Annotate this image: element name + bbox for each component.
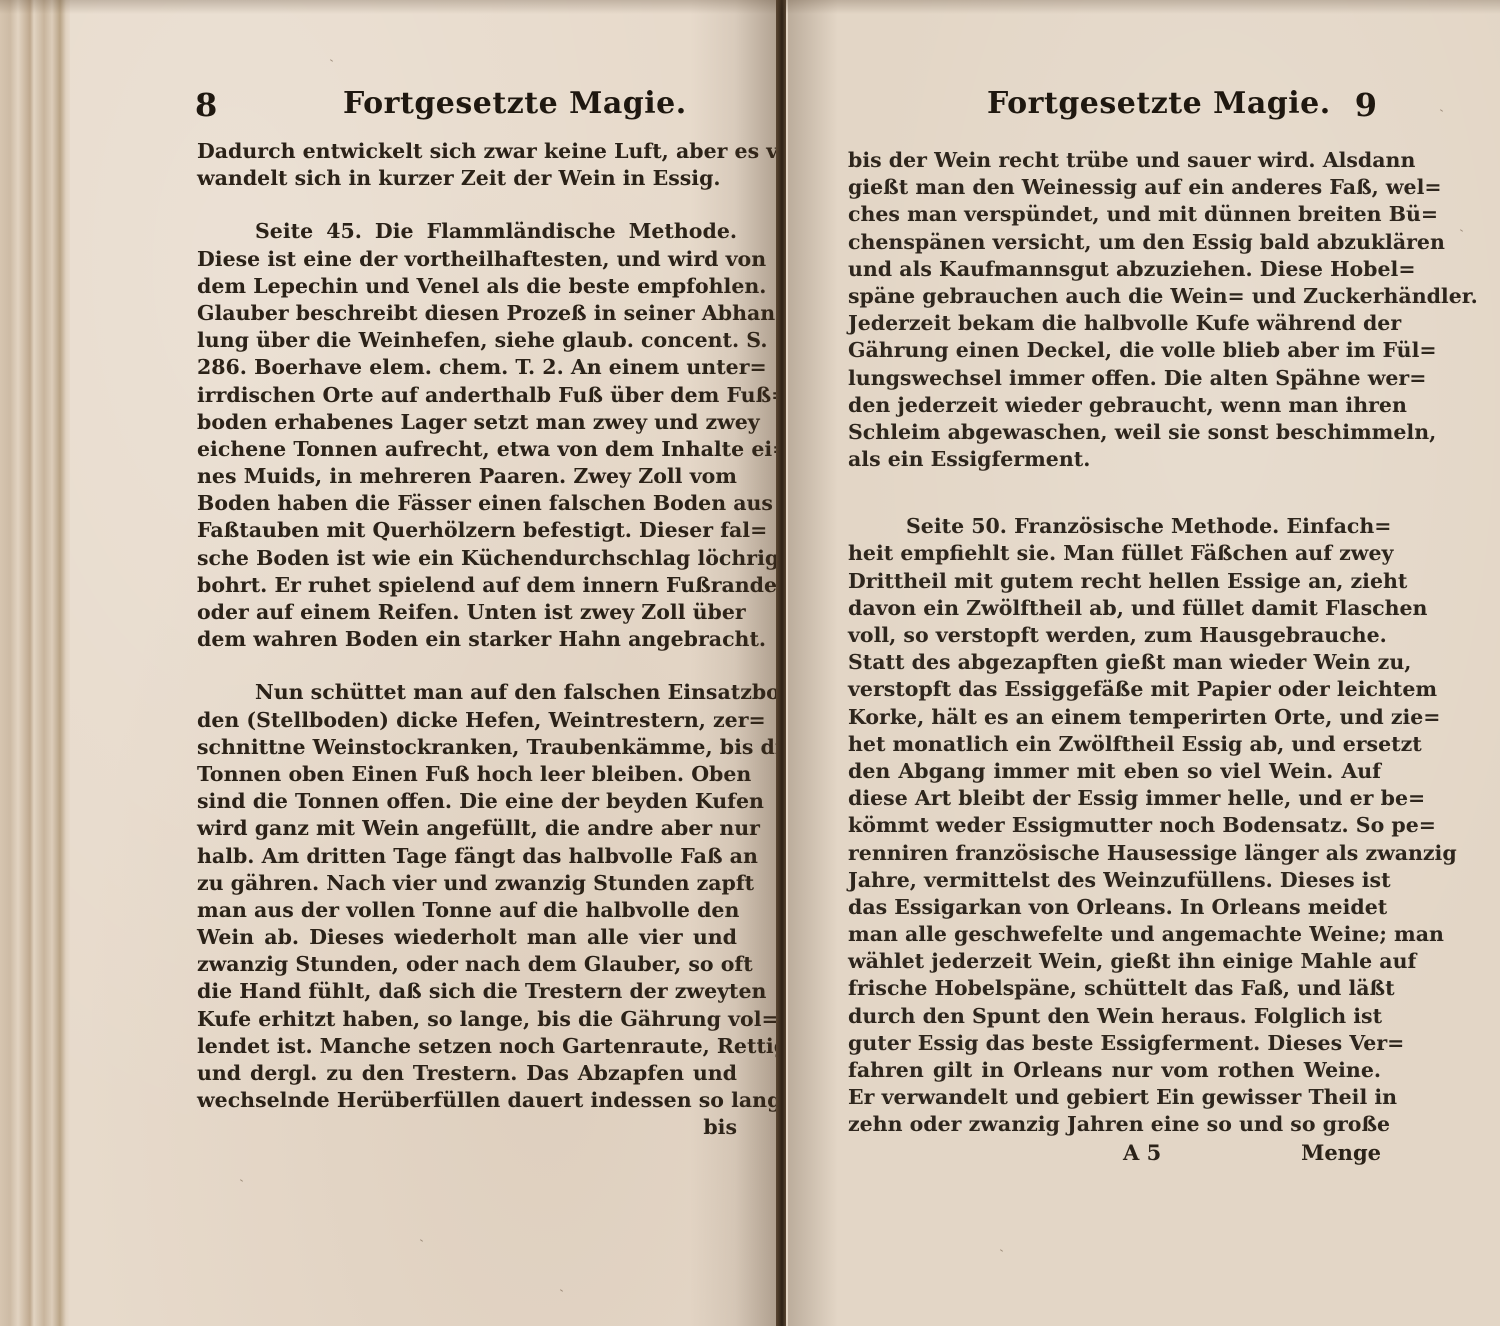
text-line: irrdischen Orte auf anderthalb Fuß über … xyxy=(197,382,737,409)
book-spread: 8 Fortgesetzte Magie. Dadurch entwickelt… xyxy=(0,0,1500,1326)
text-line: lendet ist. Manche setzen noch Gartenrau… xyxy=(197,1033,737,1060)
text-line: oder auf einem Reifen. Unten ist zwey Zo… xyxy=(197,599,737,626)
text-line: Glauber beschreibt diesen Prozeß in sein… xyxy=(197,300,737,327)
text-line: davon ein Zwölftheil ab, und füllet dami… xyxy=(848,595,1381,622)
text-line: und dergl. zu den Trestern. Das Abzapfen… xyxy=(197,1060,737,1087)
right-page-footer: A 5 Menge xyxy=(848,1140,1381,1170)
left-page-number: 8 xyxy=(195,86,217,124)
catchword: Menge xyxy=(1301,1140,1381,1165)
text-line: boden erhabenes Lager setzt man zwey und… xyxy=(197,409,737,436)
left-body-text: Dadurch entwickelt sich zwar keine Luft,… xyxy=(197,138,737,1142)
text-line: gießt man den Weinessig auf ein anderes … xyxy=(848,174,1381,201)
text-line: Schleim abgewaschen, weil sie sonst besc… xyxy=(848,419,1381,446)
gutter-shadow xyxy=(690,0,780,1326)
text-line: nes Muids, in mehreren Paaren. Zwey Zoll… xyxy=(197,463,737,490)
text-line: voll, so verstopft werden, zum Hausgebra… xyxy=(848,622,1381,649)
text-line: als ein Essigferment. xyxy=(848,446,1381,473)
text-line: Gährung einen Deckel, die volle blieb ab… xyxy=(848,337,1381,364)
paragraph: Seite 45. Die Flammländische Methode. Di… xyxy=(197,218,737,653)
text-line: frische Hobelspäne, schüttelt das Faß, u… xyxy=(848,975,1381,1002)
text-line: guter Essig das beste Essigferment. Dies… xyxy=(848,1030,1381,1057)
paragraph: bis der Wein recht trübe und sauer wird.… xyxy=(848,147,1381,473)
text-line: die Hand fühlt, daß sich die Trestern de… xyxy=(197,978,737,1005)
text-line: eichene Tonnen aufrecht, etwa von dem In… xyxy=(197,436,737,463)
right-body-text: bis der Wein recht trübe und sauer wird.… xyxy=(848,147,1381,1139)
scan-edge-shadow xyxy=(0,0,1500,14)
text-line: 286. Boerhave elem. chem. T. 2. An einem… xyxy=(197,354,737,381)
text-line: bis der Wein recht trübe und sauer wird.… xyxy=(848,147,1381,174)
text-line: Dadurch entwickelt sich zwar keine Luft,… xyxy=(197,138,737,165)
text-line: Nun schüttet man auf den falschen Einsat… xyxy=(197,679,737,706)
text-line: Statt des abgezapften gießt man wieder W… xyxy=(848,649,1381,676)
text-line: zehn oder zwanzig Jahren eine so und so … xyxy=(848,1111,1381,1138)
section-heading-line: Seite 45. Die Flammländische Methode. xyxy=(197,218,737,245)
text-line: heit empfiehlt sie. Man füllet Fäßchen a… xyxy=(848,540,1381,567)
text-line: kömmt weder Essigmutter noch Bodensatz. … xyxy=(848,812,1381,839)
signature-mark: A 5 xyxy=(1123,1140,1161,1165)
text-line: späne gebrauchen auch die Wein= und Zuck… xyxy=(848,283,1381,310)
text-line: den Abgang immer mit eben so viel Wein. … xyxy=(848,758,1381,785)
text-line: renniren französische Hausessige länger … xyxy=(848,840,1381,867)
text-line: den jederzeit wieder gebraucht, wenn man… xyxy=(848,392,1381,419)
text-line: wird ganz mit Wein angefüllt, die andre … xyxy=(197,815,737,842)
text-line: Drittheil mit gutem recht hellen Essige … xyxy=(848,568,1381,595)
text-line: Jederzeit bekam die halbvolle Kufe währe… xyxy=(848,310,1381,337)
paragraph: Seite 50. Französische Methode. Einfach=… xyxy=(848,513,1381,1138)
right-running-title: Fortgesetzte Magie. xyxy=(987,86,1331,121)
left-running-title: Fortgesetzte Magie. xyxy=(343,86,687,121)
text-line: het monatlich ein Zwölftheil Essig ab, u… xyxy=(848,731,1381,758)
catchword: bis xyxy=(197,1114,737,1141)
text-line: Faßtauben mit Querhölzern befestigt. Die… xyxy=(197,517,737,544)
text-line: Tonnen oben Einen Fuß hoch leer bleiben.… xyxy=(197,761,737,788)
paragraph: Dadurch entwickelt sich zwar keine Luft,… xyxy=(197,138,737,192)
text-line: Boden haben die Fässer einen falschen Bo… xyxy=(197,490,737,517)
text-line: wechselnde Herüberfüllen dauert indessen… xyxy=(197,1087,737,1114)
gutter-shadow xyxy=(788,0,838,1326)
text-line: diese Art bleibt der Essig immer helle, … xyxy=(848,785,1381,812)
text-line: wählet jederzeit Wein, gießt ihn einige … xyxy=(848,948,1381,975)
text-line: Wein ab. Dieses wiederholt man alle vier… xyxy=(197,924,737,951)
text-line: das Essigarkan von Orleans. In Orleans m… xyxy=(848,894,1381,921)
text-line: durch den Spunt den Wein heraus. Folglic… xyxy=(848,1003,1381,1030)
text-line: Kufe erhitzt haben, so lange, bis die Gä… xyxy=(197,1006,737,1033)
text-line: schnittne Weinstockranken, Traubenkämme,… xyxy=(197,734,737,761)
text-line: den (Stellboden) dicke Hefen, Weintreste… xyxy=(197,707,737,734)
text-line: man alle geschwefelte und angemachte Wei… xyxy=(848,921,1381,948)
page-edges xyxy=(0,0,70,1326)
text-line: sind die Tonnen offen. Die eine der beyd… xyxy=(197,788,737,815)
section-heading-line: Seite 50. Französische Methode. Einfach= xyxy=(848,513,1381,540)
text-line: Jahre, vermittelst des Weinzufüllens. Di… xyxy=(848,867,1381,894)
text-line: dem wahren Boden ein starker Hahn angebr… xyxy=(197,626,737,653)
left-running-head: 8 Fortgesetzte Magie. xyxy=(195,86,735,126)
right-running-head: Fortgesetzte Magie. 9 xyxy=(845,86,1385,126)
text-line: fahren gilt in Orleans nur vom rothen We… xyxy=(848,1057,1381,1084)
text-line: bohrt. Er ruhet spielend auf dem innern … xyxy=(197,572,737,599)
text-line: Diese ist eine der vortheilhaftesten, un… xyxy=(197,246,737,273)
text-line: sche Boden ist wie ein Küchendurchschlag… xyxy=(197,545,737,572)
text-line: Korke, hält es an einem temperirten Orte… xyxy=(848,704,1381,731)
text-line: zu gähren. Nach vier und zwanzig Stunden… xyxy=(197,870,737,897)
text-line: und als Kaufmannsgut abzuziehen. Diese H… xyxy=(848,256,1381,283)
text-line: Er verwandelt und gebiert Ein gewisser T… xyxy=(848,1084,1381,1111)
text-line: wandelt sich in kurzer Zeit der Wein in … xyxy=(197,165,737,192)
text-line: lungswechsel immer offen. Die alten Späh… xyxy=(848,365,1381,392)
text-line: ches man verspündet, und mit dünnen brei… xyxy=(848,201,1381,228)
text-line: dem Lepechin und Venel als die beste emp… xyxy=(197,273,737,300)
text-line: lung über die Weinhefen, siehe glaub. co… xyxy=(197,327,737,354)
text-line: zwanzig Stunden, oder nach dem Glauber, … xyxy=(197,951,737,978)
text-line: verstopft das Essiggefäße mit Papier ode… xyxy=(848,676,1381,703)
text-line: man aus der vollen Tonne auf die halbvol… xyxy=(197,897,737,924)
right-page-number: 9 xyxy=(1355,86,1377,124)
text-line: chenspänen versicht, um den Essig bald a… xyxy=(848,229,1381,256)
text-line: halb. Am dritten Tage fängt das halbvoll… xyxy=(197,843,737,870)
left-page: 8 Fortgesetzte Magie. Dadurch entwickelt… xyxy=(0,0,780,1326)
paragraph: Nun schüttet man auf den falschen Einsat… xyxy=(197,679,737,1141)
